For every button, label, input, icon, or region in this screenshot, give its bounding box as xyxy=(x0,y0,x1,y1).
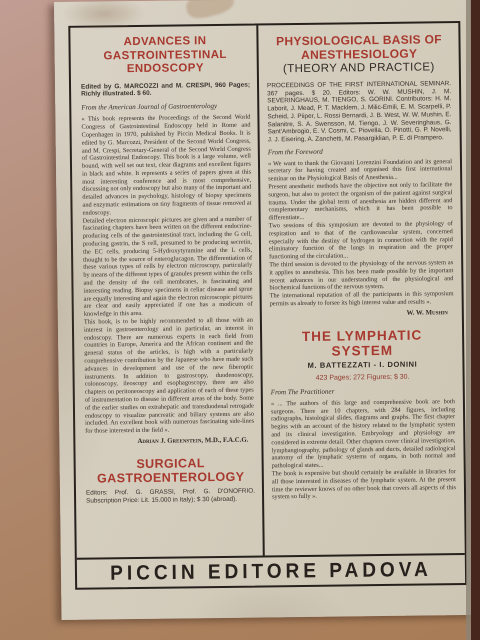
endoscopy-credits: Edited by G. MARCOZZI and M. CRESPI, 960… xyxy=(81,81,250,99)
lymphatic-title: THE LYMPHATIC SYSTEM xyxy=(270,327,454,359)
publisher-bar: PICCIN EDITORE PADOVA xyxy=(77,553,465,588)
anesthesiology-credits: PROCEEDINGS OF THE FIRST INTERNATIONAL S… xyxy=(267,80,452,144)
surgical-title: SURGICAL GASTROENTEROLOGY xyxy=(86,456,256,486)
endoscopy-review-paragraph: Detailed electron microscopic pictures a… xyxy=(83,215,253,318)
anesthesiology-review-paragraph: The international reputation of all the … xyxy=(270,290,454,308)
photo-background: ADVANCES IN GASTROINTESTINAL ENDOSCOPY E… xyxy=(0,0,480,640)
anesthesiology-review-paragraph: The third session is devoted to the phys… xyxy=(269,259,453,292)
endoscopy-review-signature: Adrian J. Greenstein, M.D., F.A.C.G. xyxy=(85,436,254,448)
lymphatic-authors: M. BATTEZZATI - I. DONINI xyxy=(270,359,454,370)
endoscopy-review-paragraph: « This book represents the Proceedings o… xyxy=(81,114,251,217)
two-column-layout: ADVANCES IN GASTROINTESTINAL ENDOSCOPY E… xyxy=(70,23,464,558)
publisher-name: PICCIN EDITORE PADOVA xyxy=(110,559,432,583)
endoscopy-review-paragraph: This book, is to be highly recommended t… xyxy=(84,317,254,436)
anesthesiology-review-paragraph: « We want to thank the Giovanni Lorenzin… xyxy=(268,158,452,184)
photo-right-edge xyxy=(471,0,480,640)
endoscopy-review-source: From the American Journal of Gastroenter… xyxy=(81,102,250,113)
anesthesiology-review-paragraph: Present anesthetic methods have the obje… xyxy=(268,181,452,222)
worn-corner xyxy=(184,0,237,22)
surgical-credits: Editors: Prof. G. GRASSI, Prof. G. D'ONO… xyxy=(86,488,255,505)
content-frame: ADVANCES IN GASTROINTESTINAL ENDOSCOPY E… xyxy=(68,21,467,590)
anesthesiology-subtitle: (THEORY AND PRACTICE) xyxy=(267,61,451,76)
anesthesiology-title: PHYSIOLOGICAL BASIS OF ANESTHESIOLOGY xyxy=(266,32,451,62)
left-column: ADVANCES IN GASTROINTESTINAL ENDOSCOPY E… xyxy=(70,26,262,558)
lymphatic-review-source: From The Practitioner xyxy=(271,386,455,397)
anesthesiology-review-source: From the Foreword xyxy=(268,146,452,157)
endoscopy-title: ADVANCES IN GASTROINTESTINAL ENDOSCOPY xyxy=(90,35,240,77)
lymphatic-credits: 423 Pages; 272 Figures; $ 30. xyxy=(271,372,455,383)
anesthesiology-review-signature: W. W. Mushin xyxy=(270,308,454,320)
lymphatic-review-paragraph: « ... The authors of this large and comp… xyxy=(271,398,456,470)
right-column: PHYSIOLOGICAL BASIS OF ANESTHESIOLOGY (T… xyxy=(258,23,464,555)
lymphatic-review-paragraph: The book is expensive but should certain… xyxy=(272,468,456,501)
book-back-cover: ADVANCES IN GASTROINTESTINAL ENDOSCOPY E… xyxy=(54,0,478,620)
anesthesiology-review-paragraph: Two sessions of this symposium are devot… xyxy=(269,220,453,261)
